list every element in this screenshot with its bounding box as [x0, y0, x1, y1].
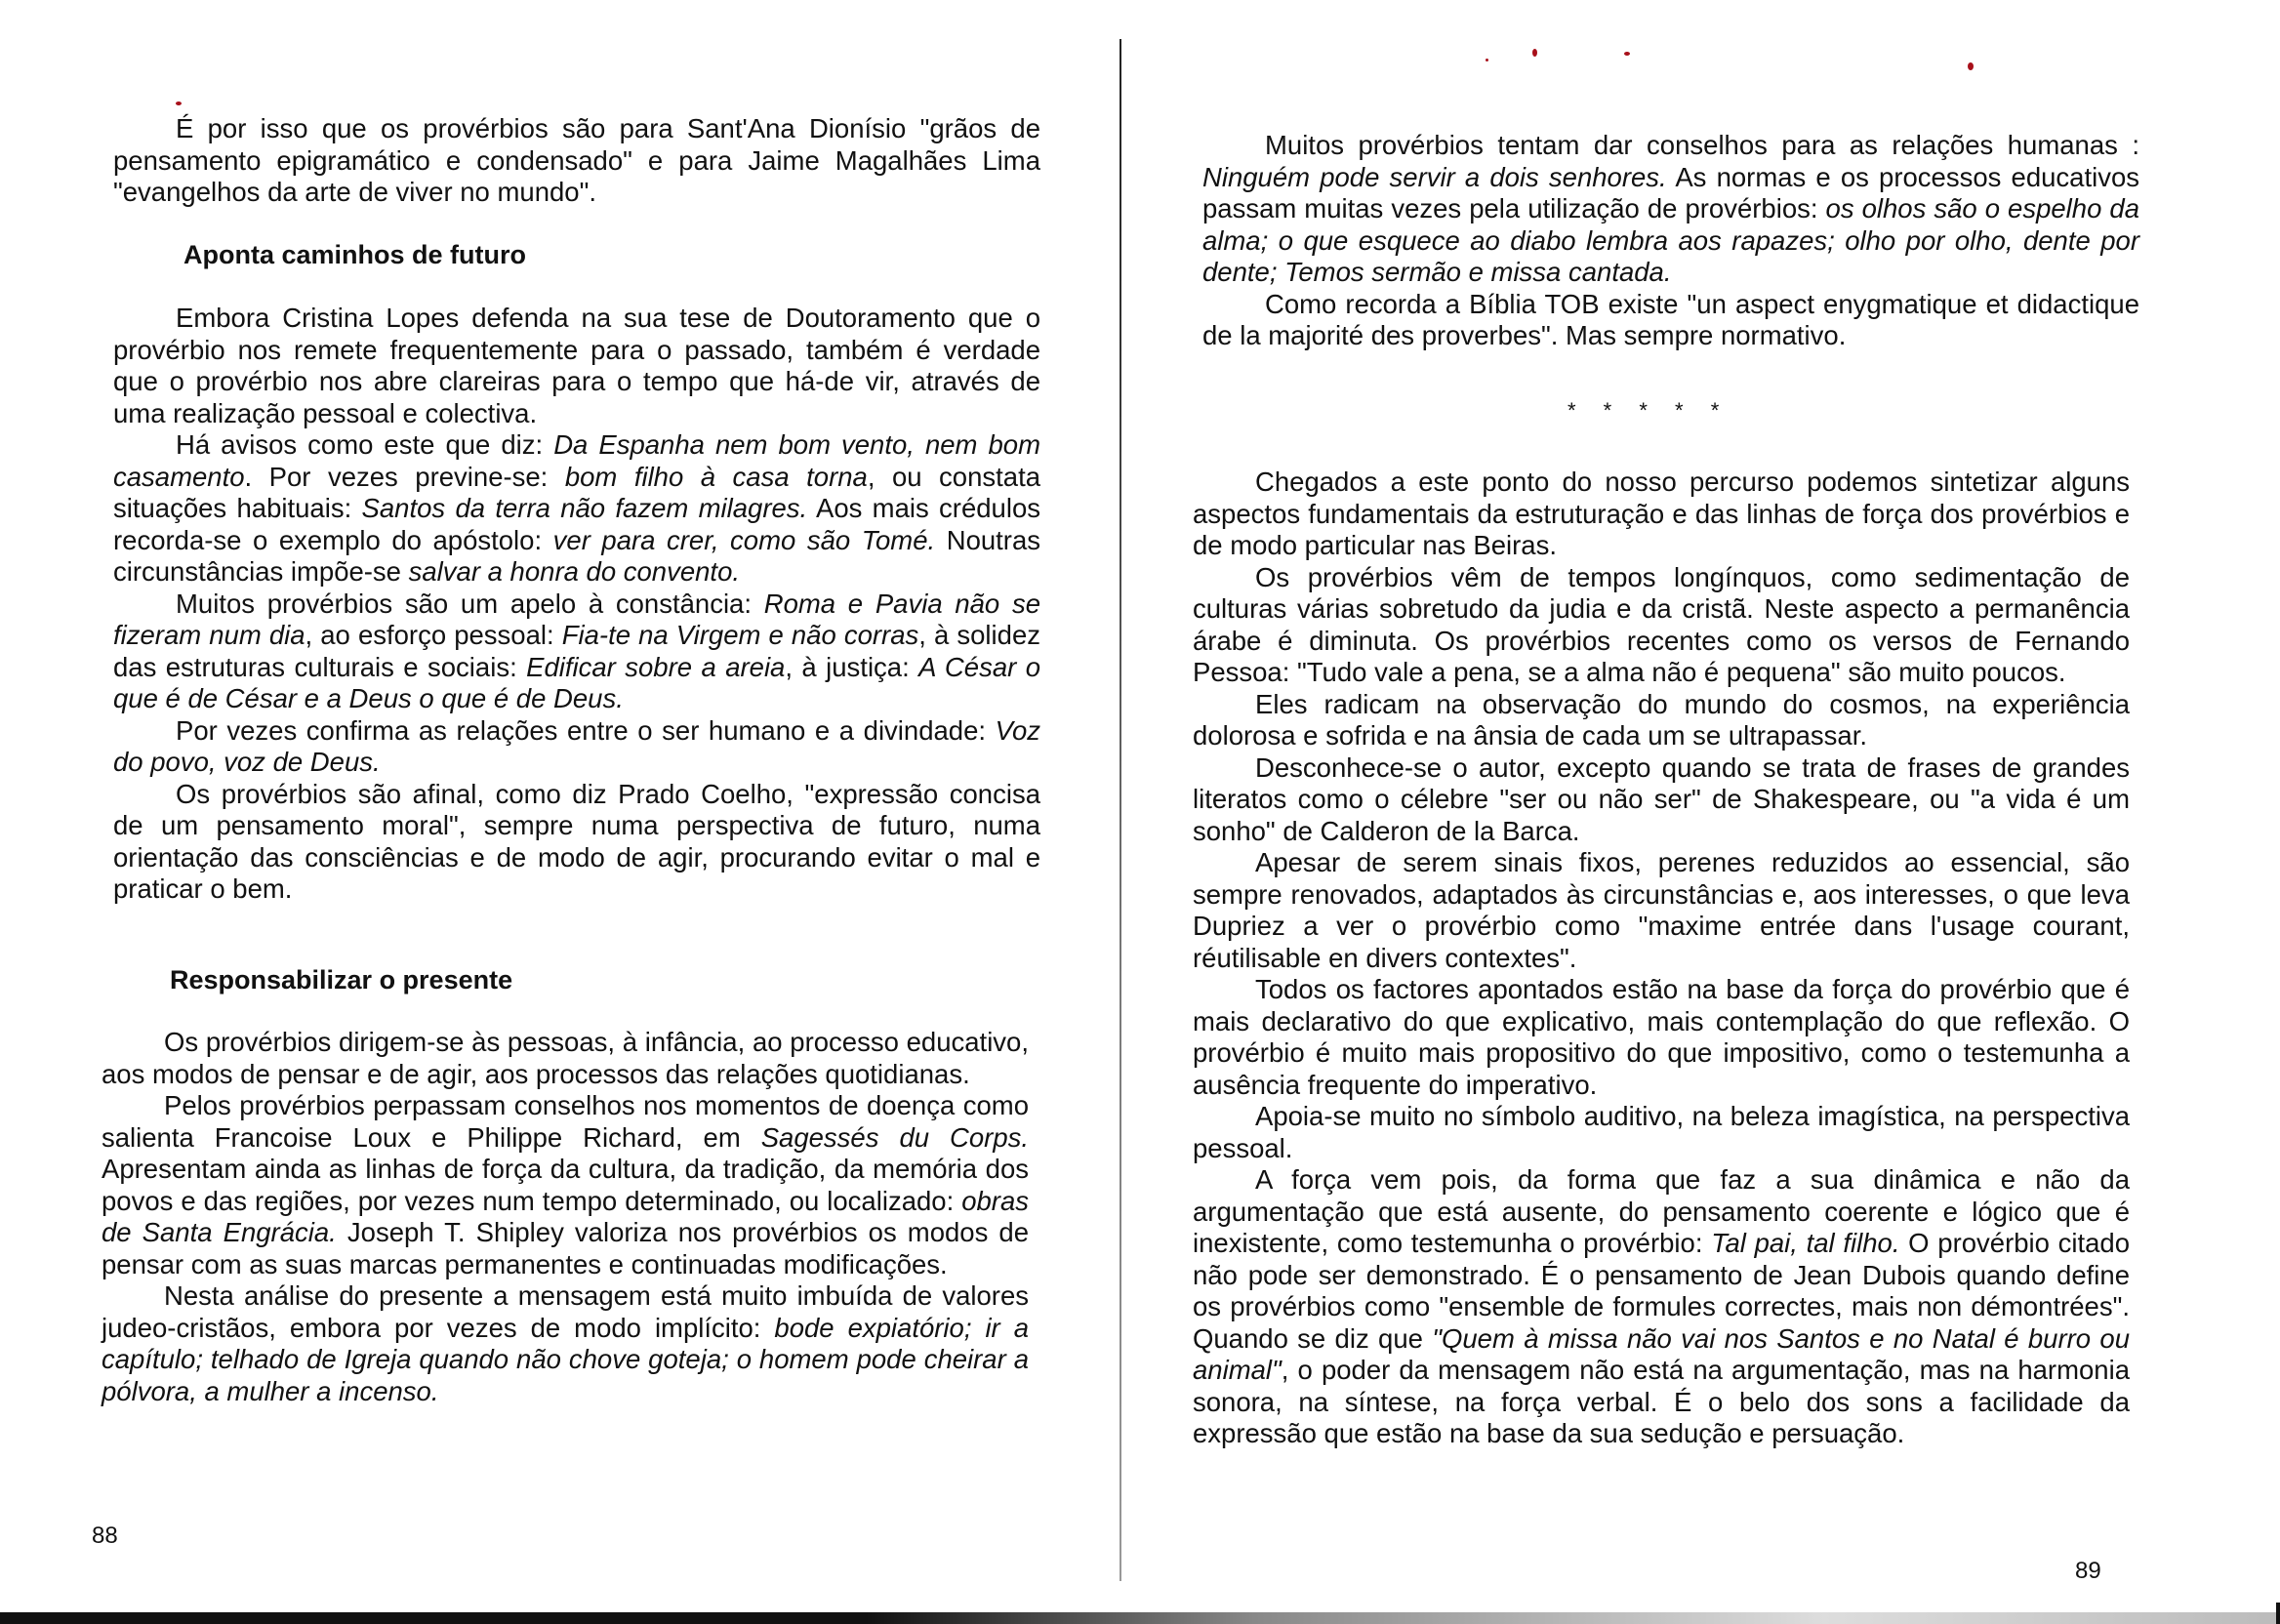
paragraph: Como recorda a Bíblia TOB existe "un asp… [1202, 289, 2139, 352]
paragraph: Todos os factores apontados estão na bas… [1193, 974, 2130, 1101]
text-run: Por vezes confirma as relações entre o s… [176, 715, 996, 746]
text-run: Há avisos como este que diz: [176, 429, 553, 460]
scan-edge-corner [2276, 1603, 2280, 1624]
proverb-quote: salvar a honra do convento. [409, 556, 740, 587]
paragraph: Chegados a este ponto do nosso percurso … [1193, 467, 2130, 562]
paragraph: Há avisos como este que diz: Da Espanha … [113, 429, 1040, 589]
paragraph: Eles radicam na observação do mundo do c… [1193, 689, 2130, 752]
paragraph: Apesar de serem sinais fixos, perenes re… [1193, 847, 2130, 974]
text-run: Apesar de serem sinais fixos, perenes re… [1193, 847, 2130, 973]
book-spread: É por isso que os provérbios são para Sa… [0, 0, 2280, 1624]
paragraph: Embora Cristina Lopes defenda na sua tes… [113, 303, 1040, 429]
paragraph: Nesta análise do presente a mensagem est… [102, 1280, 1029, 1407]
proverb-quote: Ninguém pode servir a dois senhores. [1202, 162, 1667, 192]
right-page-intro: Muitos provérbios tentam dar conselhos p… [1202, 130, 2139, 352]
page-number-left: 88 [92, 1522, 118, 1550]
left-page-section-2: Os provérbios dirigem-se às pessoas, à i… [102, 1027, 1029, 1407]
text-run: Desconhece-se o autor, excepto quando se… [1193, 752, 2130, 846]
paragraph: Por vezes confirma as relações entre o s… [113, 715, 1040, 779]
page-number-right: 89 [2075, 1558, 2101, 1585]
proverb-quote: Tal pai, tal filho. [1711, 1228, 1899, 1258]
ink-speck [176, 101, 182, 105]
ink-speck [1486, 59, 1488, 61]
text-run: Embora Cristina Lopes defenda na sua tes… [113, 303, 1040, 428]
paragraph: Muitos provérbios são um apelo à constân… [113, 589, 1040, 715]
text-run: Apoia-se muito no símbolo auditivo, na b… [1193, 1101, 2130, 1163]
proverb-quote: Santos da terra não fazem milagres. [362, 493, 808, 523]
paragraph: Pelos provérbios perpassam conselhos nos… [102, 1090, 1029, 1280]
text-run: Eles radicam na observação do mundo do c… [1193, 689, 2130, 751]
text-run: Os provérbios são afinal, como diz Prado… [113, 779, 1040, 905]
paragraph: A força vem pois, da forma que faz a sua… [1193, 1164, 2130, 1450]
paragraph: Apoia-se muito no símbolo auditivo, na b… [1193, 1101, 2130, 1164]
proverb-quote: Edificar sobre a areia [526, 652, 785, 682]
text-run: Os provérbios vêm de tempos longínquos, … [1193, 562, 2130, 688]
proverb-quote: Fia-te na Virgem e não corras [562, 620, 919, 650]
section-heading-aponta-caminhos: Aponta caminhos de futuro [183, 239, 526, 270]
ink-speck [1624, 52, 1630, 56]
proverb-quote: bom filho à casa torna [565, 462, 868, 492]
text-run: , o poder da mensagem não está na argume… [1193, 1355, 2130, 1448]
right-page: Muitos provérbios tentam dar conselhos p… [1122, 0, 2280, 1624]
text-run: Todos os factores apontados estão na bas… [1193, 974, 2130, 1100]
paragraph: Os provérbios vêm de tempos longínquos, … [1193, 562, 2130, 689]
proverb-quote: ver para crer, como são Tomé. [553, 525, 936, 555]
ink-speck [1532, 49, 1537, 57]
paragraph: É por isso que os provérbios são para Sa… [113, 113, 1040, 209]
text-run: Muitos provérbios tentam dar conselhos p… [1265, 130, 2139, 160]
text-run: É por isso que os provérbios são para Sa… [113, 113, 1040, 207]
left-page-intro: É por isso que os provérbios são para Sa… [113, 113, 1040, 209]
text-run: Apresentam ainda as linhas de força da c… [102, 1154, 1029, 1216]
text-run: Chegados a este ponto do nosso percurso … [1193, 467, 2130, 560]
scan-bottom-edge [0, 1612, 2280, 1624]
right-page-synthesis: Chegados a este ponto do nosso percurso … [1193, 467, 2130, 1450]
paragraph: Os provérbios são afinal, como diz Prado… [113, 779, 1040, 906]
text-run: . Por vezes previne-se: [245, 462, 565, 492]
book-gutter [1120, 39, 1121, 1581]
text-run: Como recorda a Bíblia TOB existe "un asp… [1202, 289, 2139, 351]
left-page: É por isso que os provérbios são para Sa… [0, 0, 1103, 1624]
paragraph: Desconhece-se o autor, excepto quando se… [1193, 752, 2130, 848]
paragraph: Muitos provérbios tentam dar conselhos p… [1202, 130, 2139, 289]
section-heading-responsabilizar: Responsabilizar o presente [170, 964, 512, 995]
text-run: Muitos provérbios são um apelo à constân… [176, 589, 764, 619]
ink-speck [1968, 62, 1974, 70]
left-page-section-1: Embora Cristina Lopes defenda na sua tes… [113, 303, 1040, 906]
text-run: , à justiça: [785, 652, 918, 682]
section-separator: * * * * * [1567, 398, 1719, 424]
paragraph: Os provérbios dirigem-se às pessoas, à i… [102, 1027, 1029, 1090]
text-run: Os provérbios dirigem-se às pessoas, à i… [102, 1027, 1029, 1089]
text-run: , ao esforço pessoal: [305, 620, 562, 650]
proverb-quote: Sagessés du Corps. [761, 1122, 1029, 1153]
